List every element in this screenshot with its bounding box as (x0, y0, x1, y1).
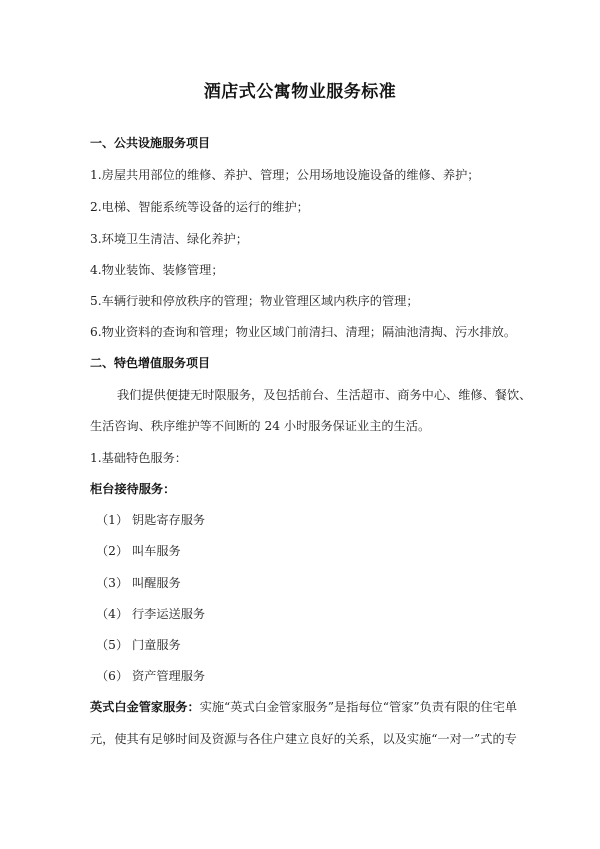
butler-paragraph-line1: 英式白金管家服务：实施“英式白金管家服务”是指每位“管家”负责有限的住宅单 (90, 699, 514, 715)
counter-item-5: （5）门童服务 (96, 637, 520, 653)
counter-item-3: （3）叫醒服务 (96, 575, 520, 591)
section1-heading: 一、公共设施服务项目 (90, 135, 514, 151)
section2-heading: 二、特色增值服务项目 (90, 355, 514, 371)
section1-item-2: 2.电梯、智能系统等设备的运行的维护； (90, 199, 514, 215)
counter-item-text: 叫醒服务 (132, 576, 181, 590)
counter-item-number: （2） (96, 543, 132, 559)
document-page: 酒店式公寓物业服务标准 一、公共设施服务项目 1.房屋共用部位的维修、养护、管理… (0, 0, 600, 849)
section1-item-3: 3.环境卫生清洁、绿化养护； (90, 231, 514, 247)
butler-paragraph-line2: 元，使其有足够时间及资源与各住户建立良好的关系，以及实施“一对一”式的专 (90, 731, 514, 747)
document-title: 酒店式公寓物业服务标准 (0, 77, 600, 102)
section1-item-1: 1.房屋共用部位的维修、养护、管理；公用场地设施设备的维修、养护； (90, 167, 514, 183)
basic-services-label: 1.基础特色服务： (90, 450, 514, 466)
counter-item-number: （4） (96, 606, 132, 622)
counter-item-6: （6）资产管理服务 (96, 668, 520, 684)
counter-item-text: 钥匙寄存服务 (132, 513, 205, 527)
counter-item-4: （4）行李运送服务 (96, 606, 520, 622)
counter-item-number: （3） (96, 575, 132, 591)
counter-item-number: （5） (96, 637, 132, 653)
counter-item-text: 叫车服务 (132, 544, 181, 558)
counter-item-1: （1）钥匙寄存服务 (96, 512, 520, 528)
section1-item-4: 4.物业装饰、装修管理； (90, 262, 514, 278)
counter-item-2: （2）叫车服务 (96, 543, 520, 559)
counter-item-text: 行李运送服务 (132, 607, 205, 621)
butler-text: 实施“英式白金管家服务”是指每位“管家”负责有限的住宅单 (200, 700, 517, 714)
counter-item-number: （1） (96, 512, 132, 528)
counter-item-text: 门童服务 (132, 638, 181, 652)
counter-services-label: 柜台接待服务： (90, 481, 514, 497)
section1-item-5: 5.车辆行驶和停放秩序的管理；物业管理区域内秩序的管理； (90, 293, 514, 309)
butler-services-label: 英式白金管家服务： (90, 700, 200, 714)
section1-item-6: 6.物业资料的查询和管理；物业区域门前清扫、清理；隔油池清掏、污水排放。 (90, 324, 514, 340)
section2-intro-line1: 我们提供便捷无时限服务，及包括前台、生活超市、商务中心、维修、餐饮、 (117, 387, 541, 403)
counter-item-number: （6） (96, 668, 132, 684)
section2-intro-line2: 生活咨询、秩序维护等不间断的 24 小时服务保证业主的生活。 (90, 418, 514, 434)
counter-item-text: 资产管理服务 (132, 669, 205, 683)
